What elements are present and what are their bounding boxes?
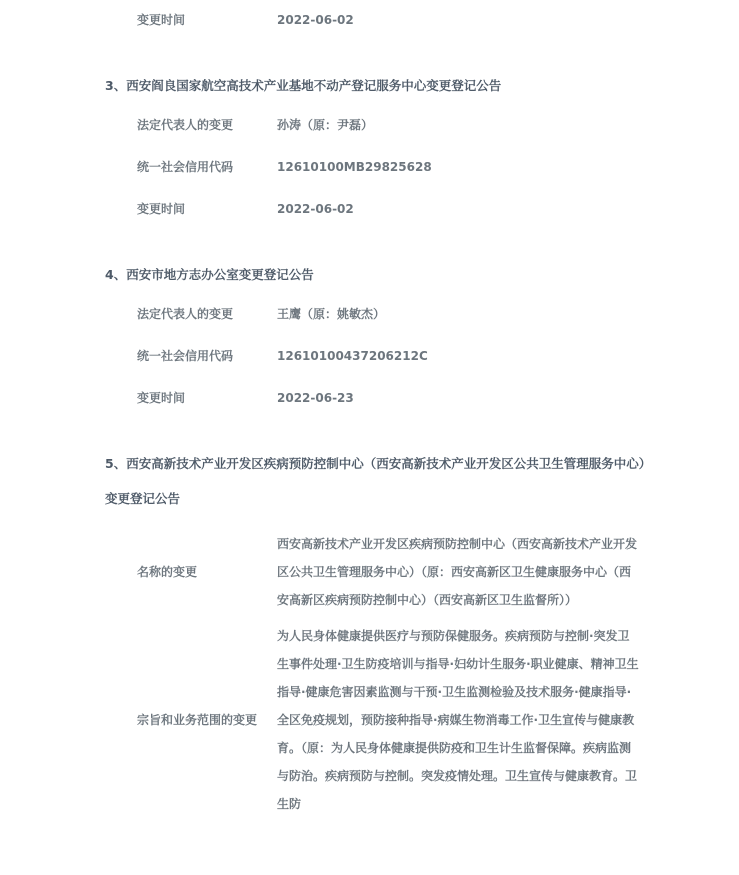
- change-date-row: 变更时间 2022-06-23: [105, 390, 646, 406]
- section-title: 5、西安高新技术产业开发区疾病预防控制中心（西安高新技术产业开发区公共卫生管理服…: [105, 446, 646, 516]
- section-title: 4、西安市地方志办公室变更登记公告: [105, 257, 646, 292]
- field-value: 2022-06-02: [277, 201, 639, 217]
- field-value: 为人民身体健康提供医疗与预防保健服务。疾病预防与控制·突发卫生事件处理·卫生防疫…: [277, 622, 639, 818]
- field-label: 法定代表人的变更: [137, 306, 277, 322]
- field-value: 孙涛（原：尹磊）: [277, 117, 639, 133]
- name-change-row: 名称的变更 西安高新技术产业开发区疾病预防控制中心（西安高新技术产业开发区公共卫…: [105, 530, 646, 614]
- field-value: 2022-06-02: [277, 12, 639, 28]
- previous-section-change-date-row: 变更时间 2022-06-02: [105, 12, 646, 28]
- field-label: 统一社会信用代码: [137, 159, 277, 175]
- announcement-section-5: 5、西安高新技术产业开发区疾病预防控制中心（西安高新技术产业开发区公共卫生管理服…: [105, 446, 646, 818]
- field-label: 变更时间: [137, 390, 277, 406]
- credit-code-row: 统一社会信用代码 12610100MB29825628: [105, 159, 646, 175]
- legal-representative-row: 法定代表人的变更 孙涛（原：尹磊）: [105, 117, 646, 133]
- field-value: 西安高新技术产业开发区疾病预防控制中心（西安高新技术产业开发区公共卫生管理服务中…: [277, 530, 639, 614]
- change-date-row: 变更时间 2022-06-02: [105, 201, 646, 217]
- announcement-document: 变更时间 2022-06-02 3、西安阎良国家航空高技术产业基地不动产登记服务…: [0, 0, 646, 818]
- field-label: 宗旨和业务范围的变更: [137, 712, 277, 728]
- announcement-section-4: 4、西安市地方志办公室变更登记公告 法定代表人的变更 王鹰（原：姚敏杰） 统一社…: [105, 257, 646, 406]
- field-label: 变更时间: [137, 201, 277, 217]
- field-label: 名称的变更: [137, 564, 277, 580]
- field-value: 2022-06-23: [277, 390, 639, 406]
- field-value: 王鹰（原：姚敏杰）: [277, 306, 639, 322]
- field-label: 统一社会信用代码: [137, 348, 277, 364]
- field-label: 法定代表人的变更: [137, 117, 277, 133]
- announcement-section-3: 3、西安阎良国家航空高技术产业基地不动产登记服务中心变更登记公告 法定代表人的变…: [105, 68, 646, 217]
- credit-code-row: 统一社会信用代码 12610100437206212C: [105, 348, 646, 364]
- field-value: 12610100MB29825628: [277, 159, 639, 175]
- field-value: 12610100437206212C: [277, 348, 639, 364]
- section-title: 3、西安阎良国家航空高技术产业基地不动产登记服务中心变更登记公告: [105, 68, 646, 103]
- legal-representative-row: 法定代表人的变更 王鹰（原：姚敏杰）: [105, 306, 646, 322]
- purpose-scope-change-row: 宗旨和业务范围的变更 为人民身体健康提供医疗与预防保健服务。疾病预防与控制·突发…: [105, 622, 646, 818]
- field-label: 变更时间: [137, 12, 277, 28]
